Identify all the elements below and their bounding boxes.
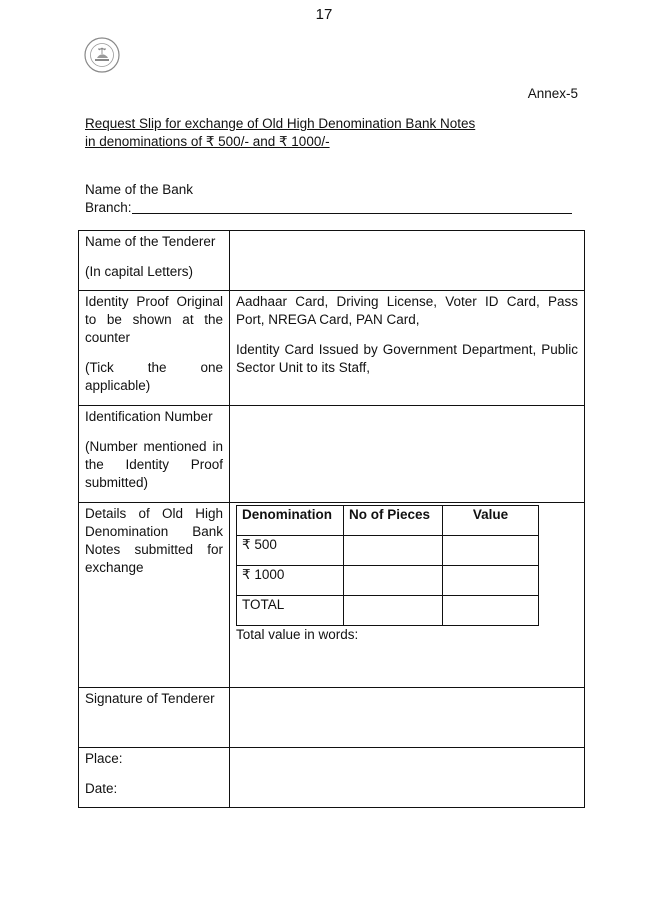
id-proof-options-1[interactable]: Aadhaar Card, Driving License, Voter ID … bbox=[236, 293, 578, 329]
signature-label: Signature of Tenderer bbox=[85, 690, 223, 708]
tenderer-name-field[interactable] bbox=[230, 231, 585, 291]
pieces-500-field[interactable] bbox=[344, 536, 443, 566]
signature-label-cell: Signature of Tenderer bbox=[79, 688, 230, 748]
total-words-label: Total value in words: bbox=[236, 626, 578, 644]
annex-label: Annex-5 bbox=[528, 86, 578, 101]
id-proof-options-cell[interactable]: Aadhaar Card, Driving License, Voter ID … bbox=[230, 291, 585, 406]
id-number-field[interactable] bbox=[230, 406, 585, 503]
id-number-label-cell: Identification Number (Number mentioned … bbox=[79, 406, 230, 503]
row-tenderer: Name of the Tenderer (In capital Letters… bbox=[79, 231, 585, 291]
signature-field[interactable] bbox=[230, 688, 585, 748]
page-number: 17 bbox=[0, 6, 648, 23]
table-row: TOTAL bbox=[237, 596, 539, 626]
tenderer-label-cell: Name of the Tenderer (In capital Letters… bbox=[79, 231, 230, 291]
header-value: Value bbox=[443, 506, 539, 536]
details-label: Details of Old High Denomination Bank No… bbox=[85, 505, 223, 577]
request-slip-table: Name of the Tenderer (In capital Letters… bbox=[78, 230, 585, 808]
details-label-cell: Details of Old High Denomination Bank No… bbox=[79, 503, 230, 688]
value-1000-field[interactable] bbox=[443, 566, 539, 596]
value-500-field[interactable] bbox=[443, 536, 539, 566]
bank-branch-label-line-1: Name of the Bank bbox=[85, 182, 193, 197]
total-label: TOTAL bbox=[237, 596, 344, 626]
id-number-note: (Number mentioned in the Identity Proof … bbox=[85, 438, 223, 492]
place-date-field[interactable] bbox=[230, 748, 585, 808]
place-date-label-cell: Place: Date: bbox=[79, 748, 230, 808]
tenderer-label: Name of the Tenderer bbox=[85, 233, 223, 251]
tenderer-note: (In capital Letters) bbox=[85, 263, 223, 281]
denomination-1000: ₹ 1000 bbox=[237, 566, 344, 596]
denomination-table: Denomination No of Pieces Value ₹ 500 ₹ … bbox=[236, 505, 539, 626]
row-details: Details of Old High Denomination Bank No… bbox=[79, 503, 585, 688]
table-row: ₹ 1000 bbox=[237, 566, 539, 596]
id-proof-note: (Tick the one applicable) bbox=[85, 359, 223, 395]
id-proof-label: Identity Proof Original to be shown at t… bbox=[85, 293, 223, 347]
details-cell: Denomination No of Pieces Value ₹ 500 ₹ … bbox=[230, 503, 585, 688]
row-place-date: Place: Date: bbox=[79, 748, 585, 808]
id-proof-options-2[interactable]: Identity Card Issued by Government Depar… bbox=[236, 341, 578, 377]
rbi-emblem-icon bbox=[84, 37, 120, 73]
row-id-number: Identification Number (Number mentioned … bbox=[79, 406, 585, 503]
header-pieces: No of Pieces bbox=[344, 506, 443, 536]
form-title-line-1: Request Slip for exchange of Old High De… bbox=[85, 116, 475, 131]
pieces-total-field[interactable] bbox=[344, 596, 443, 626]
row-signature: Signature of Tenderer bbox=[79, 688, 585, 748]
value-total-field[interactable] bbox=[443, 596, 539, 626]
denomination-500: ₹ 500 bbox=[237, 536, 344, 566]
place-label: Place: bbox=[85, 750, 223, 768]
id-number-label: Identification Number bbox=[85, 408, 223, 426]
bank-branch-label-line-2: Branch: bbox=[85, 200, 132, 215]
date-label: Date: bbox=[85, 780, 223, 798]
denomination-header-row: Denomination No of Pieces Value bbox=[237, 506, 539, 536]
pieces-1000-field[interactable] bbox=[344, 566, 443, 596]
form-title-line-2: in denominations of ₹ 500/- and ₹ 1000/- bbox=[85, 134, 330, 150]
header-denomination: Denomination bbox=[237, 506, 344, 536]
id-proof-label-cell: Identity Proof Original to be shown at t… bbox=[79, 291, 230, 406]
row-id-proof: Identity Proof Original to be shown at t… bbox=[79, 291, 585, 406]
table-row: ₹ 500 bbox=[237, 536, 539, 566]
bank-branch-field[interactable] bbox=[132, 213, 572, 214]
